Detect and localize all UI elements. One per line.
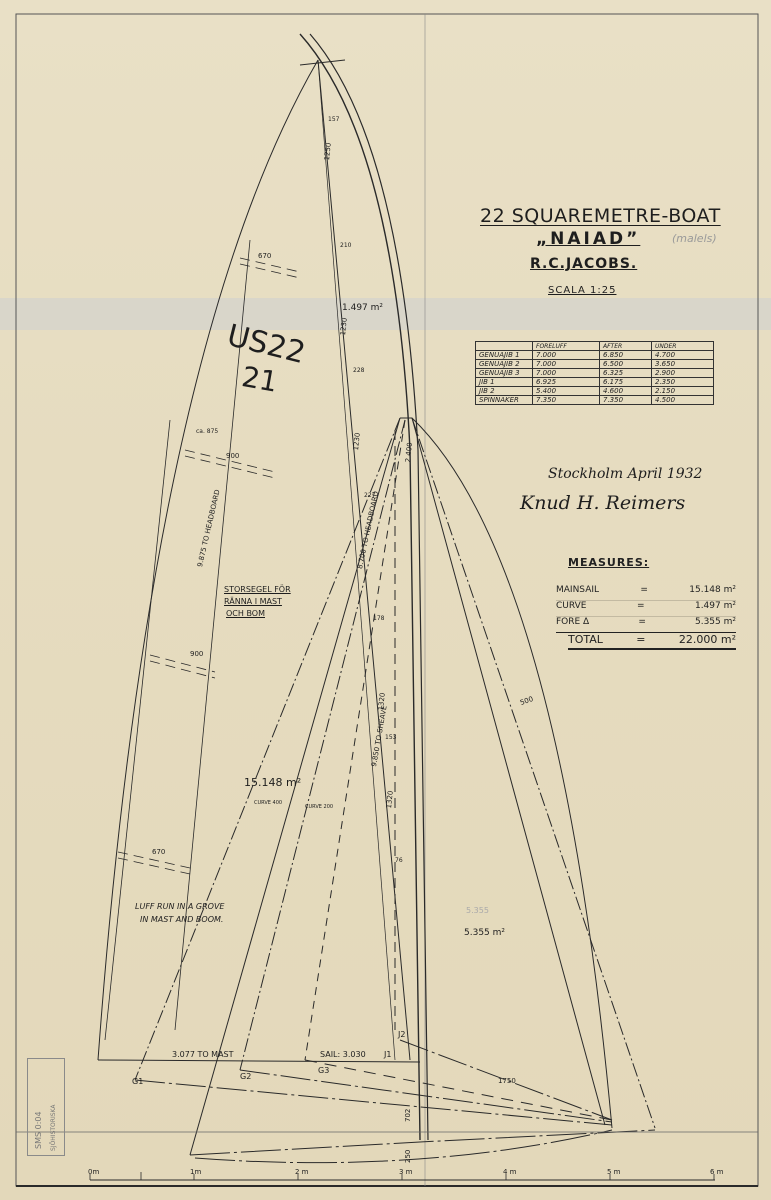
luff-note-1: LUFF RUN IN A GROVE: [135, 902, 224, 911]
mast-mark-178: 178: [373, 615, 384, 622]
fore-area-label: 5.355 m²: [464, 928, 505, 938]
place-date: Stockholm April 1932: [548, 466, 702, 482]
batten-900-b: 900: [190, 650, 203, 658]
ruler-label: 0m: [88, 1168, 99, 1176]
ca-875-label: ca. 875: [196, 428, 218, 435]
ruler-label: 1m: [190, 1168, 201, 1176]
boat-name: „NAIAD”: [536, 229, 640, 249]
curve-200-label: CURVE 200: [305, 804, 333, 810]
mast-mark-76: 76: [395, 857, 403, 864]
mast-mark-157: 157: [328, 116, 339, 123]
table-row: JIB 25.4004.6002.150: [476, 387, 714, 396]
sail-dimension: SAIL: 3.030: [320, 1050, 366, 1059]
measure-row: FORE Δ=5.355 m²: [556, 617, 736, 633]
genoa-3-label: G3: [318, 1066, 329, 1075]
batten-670-bottom: 670: [152, 848, 165, 856]
mainsail-area-label: 15.148 m²: [244, 776, 301, 789]
ruler-label: 2 m: [295, 1168, 309, 1176]
measure-row: CURVE=1.497 m²: [556, 601, 736, 617]
measure-row: MAINSAIL=15.148 m²: [556, 585, 736, 601]
hull-dim-702: 702: [404, 1109, 412, 1122]
designer-name: R.C.JACOBS.: [530, 256, 637, 272]
drawing-title: 22 SQUAREMETRE-BOAT: [480, 205, 721, 227]
table-header-row: FORELUFF AFTER UNDER: [476, 342, 714, 351]
table-row: GENUAJIB 17.0006.8504.700: [476, 351, 714, 360]
groove-note-2: RÄNNA I MAST: [224, 597, 282, 606]
table-row: GENUAJIB 27.0006.5003.650: [476, 360, 714, 369]
archive-stamp: SMS 0:04 SJÖHISTORISKA: [27, 1058, 65, 1156]
mast-mark-227: 227: [364, 492, 375, 499]
table-row: JIB 16.9256.1752.350: [476, 378, 714, 387]
table-row: GENUAJIB 37.0006.3252.900: [476, 369, 714, 378]
ruler-label: 4 m: [503, 1168, 517, 1176]
groove-note-1: STORSEGEL FÖR: [224, 585, 291, 594]
genoa-2-label: G2: [240, 1072, 251, 1081]
designer-signature: Knud H. Reimers: [520, 492, 685, 514]
batten-900-a: 900: [226, 452, 239, 460]
jib-1-label: J1: [384, 1050, 391, 1059]
luff-note-2: IN MAST AND BOOM.: [140, 915, 223, 924]
curve-400-label: CURVE 400: [254, 800, 282, 806]
ruler-label: 6 m: [710, 1168, 724, 1176]
ruler-label: 3 m: [399, 1168, 413, 1176]
sail-dimensions-table: FORELUFF AFTER UNDER GENUAJIB 17.0006.85…: [475, 341, 714, 405]
measures-block: MEASURES: MAINSAIL=15.148 m² CURVE=1.497…: [556, 556, 736, 650]
hull-dim-250: 250: [404, 1150, 412, 1163]
sail-number: 21: [239, 360, 280, 399]
jib-dim-1750: 1750: [498, 1077, 516, 1085]
mast-mark-153: 153: [385, 734, 396, 741]
jib-2-label: J2: [398, 1030, 405, 1039]
batten-670-top: 670: [258, 252, 271, 260]
mast-mark-210: 210: [340, 242, 351, 249]
ruler-label: 5 m: [607, 1168, 621, 1176]
measures-heading: MEASURES:: [568, 556, 736, 569]
curve-area-label: 1.497 m²: [342, 303, 383, 313]
foot-dimension: 3.077 TO MAST: [172, 1050, 234, 1059]
pencil-note: (malels): [672, 232, 717, 245]
fore-area-pencil: 5.355: [466, 906, 489, 915]
genoa-1-label: G1: [132, 1077, 143, 1086]
scale-label: SCALA 1:25: [548, 285, 616, 296]
groove-note-3: OCH BOM: [226, 609, 265, 618]
mast-mark-228: 228: [353, 367, 364, 374]
table-row: SPINNAKER7.3507.3504.500: [476, 396, 714, 405]
measure-total: TOTAL=22.000 m²: [568, 633, 736, 650]
